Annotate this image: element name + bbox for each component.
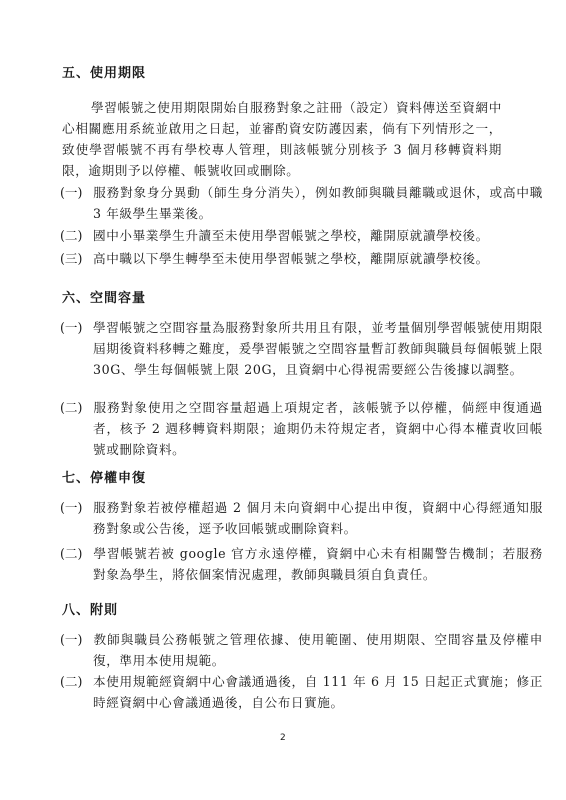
list-item: (一)教師與職員公務帳號之管理依據、使用範圍、使用期限、空間容量及停權申復，準用… [60,629,543,671]
item-text: 服務對象身分異動（師生身分消失），例如教師與職員離職或退休，或高中職 3 年級學… [93,185,543,221]
item-text: 國中小畢業學生升讀至未使用學習帳號之學校，離開原就讀學校後。 [93,228,489,243]
list-item: (一)學習帳號之空間容量為服務對象所共用且有限，並考量個別學習帳號使用期限屆期後… [60,317,543,380]
item-text: 學習帳號之空間容量為服務對象所共用且有限，並考量個別學習帳號使用期限屆期後資料移… [93,320,543,377]
item-text: 本使用規範經資網中心會議通過後，自 111 年 6 月 15 日起正式實施；修正… [93,674,543,710]
page-number: 2 [280,733,286,743]
list-item: (一)服務對象身分異動（師生身分消失），例如教師與職員離職或退休，或高中職 3 … [60,182,543,224]
list-item: (三)高中職以下學生轉學至未使用學習帳號之學校，離開原就讀學校後。 [60,248,543,269]
item-text: 服務對象使用之空間容量超過上項規定者，該帳號予以停權，倘經申復通過者，核予 2 … [93,400,543,457]
item-label: (一) [60,317,93,338]
item-text: 學習帳號若被 google 官方永遠停權，資網中心未有相關警告機制；若服務對象為… [93,546,543,582]
section-heading-supplementary-provisions: 八、附則 [62,599,118,618]
item-label: (三) [60,248,93,269]
document-page: 五、使用期限 學習帳號之使用期限開始自服務對象之註冊（設定）資料傳送至資網中心相… [0,0,566,800]
item-text: 服務對象若被停權超過 2 個月未向資網中心提出申復，資網中心得經通知服務對象或公… [93,500,543,536]
list-item: (一)服務對象若被停權超過 2 個月未向資網中心提出申復，資網中心得經通知服務對… [60,497,543,539]
section-heading-suspension-appeal: 七、停權申復 [62,467,146,486]
item-label: (二) [60,397,93,418]
item-text: 教師與職員公務帳號之管理依據、使用範圍、使用期限、空間容量及停權申復，準用本使用… [93,632,543,668]
list-item: (二)學習帳號若被 google 官方永遠停權，資網中心未有相關警告機制；若服務… [60,543,543,585]
section-heading-storage-capacity: 六、空間容量 [62,287,146,306]
item-label: (一) [60,182,93,203]
section-heading-usage-period: 五、使用期限 [62,62,146,81]
list-item: (二)服務對象使用之空間容量超過上項規定者，該帳號予以停權，倘經申復通過者，核予… [60,397,543,460]
list-item: (二)國中小畢業學生升讀至未使用學習帳號之學校，離開原就讀學校後。 [60,225,543,246]
item-label: (二) [60,225,93,246]
item-label: (二) [60,671,93,692]
item-label: (二) [60,543,93,564]
item-label: (一) [60,629,93,650]
list-item: (二)本使用規範經資網中心會議通過後，自 111 年 6 月 15 日起正式實施… [60,671,543,713]
item-text: 高中職以下學生轉學至未使用學習帳號之學校，離開原就讀學校後。 [93,251,489,266]
item-label: (一) [60,497,93,518]
section-intro-usage-period: 學習帳號之使用期限開始自服務對象之註冊（設定）資料傳送至資網中心相關應用系統並啟… [62,97,502,181]
